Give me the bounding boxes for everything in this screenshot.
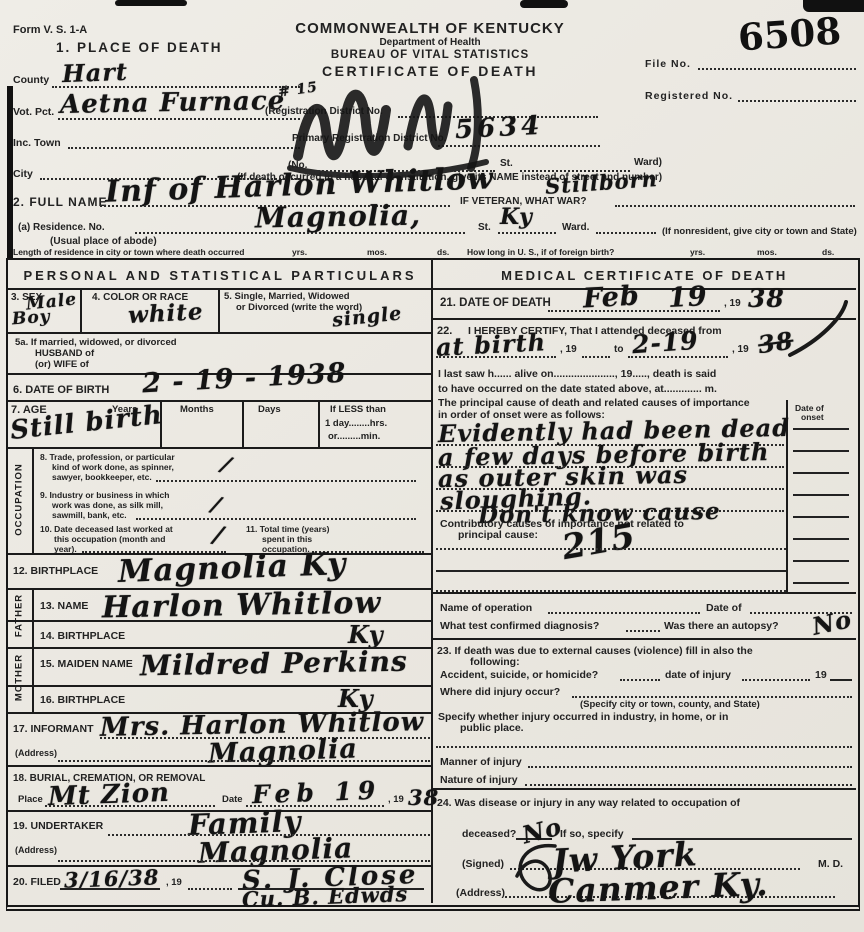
filed-year-line [188, 888, 232, 890]
father-birthplace-label: 14. BIRTHPLACE [40, 630, 125, 642]
father-name-label: 13. NAME [40, 600, 88, 612]
burial-year-pre: , 19 [388, 794, 404, 805]
date-of-death-year-pre: , 19 [724, 298, 741, 309]
occupation-related-label: 24. Was disease or injury in any way rel… [437, 797, 740, 809]
specify-injury-line [436, 746, 852, 748]
filed-label: 20. FILED [13, 876, 61, 888]
length-yrs: yrs. [292, 247, 307, 257]
certify-19a-line [582, 356, 610, 358]
onset-line [793, 494, 849, 496]
wife-of-label: (or) WIFE of [35, 359, 89, 370]
side-column-divider [32, 647, 34, 712]
last-saw-label: I last saw h...... alive on.............… [438, 368, 716, 380]
undertaker-address-label: (Address) [15, 845, 57, 855]
color-race-entry: white [127, 298, 204, 329]
length-ds: ds. [437, 247, 449, 257]
principal-cause-label-1: The principal cause of death and related… [438, 397, 750, 409]
certify-to-entry: 2-19 [631, 326, 699, 360]
informant-label: 17. INFORMANT [13, 723, 94, 735]
registered-no-label: Registered No. [645, 90, 733, 102]
residence-ward-line [596, 232, 656, 234]
place-of-death-title: 1. PLACE OF DEATH [56, 40, 223, 55]
last-worked-label-1: 10. Date deceased last worked at [40, 524, 173, 534]
vot-pct-entry: Aetna Furnace [60, 86, 286, 120]
specify-city-note: (Specify city or town, county, and State… [580, 699, 760, 710]
registered-no-line [738, 100, 856, 102]
trade-label-1: 8. Trade, profession, or particular [40, 452, 175, 462]
scan-artifact [115, 0, 187, 6]
onset-label-2: onset [801, 412, 824, 422]
industry-label-2: work was done, as silk mill, [52, 500, 163, 510]
trade-label-3: sawyer, bookkeeper, etc. [52, 472, 152, 482]
certify-19b: , 19 [732, 344, 749, 355]
inc-town-label: Inc. Town [13, 137, 61, 149]
certificate-number: 6508 [737, 8, 843, 59]
vot-pct-line [58, 118, 300, 120]
md-label: M. D. [818, 858, 843, 870]
date-of-death-label: 21. DATE OF DEATH [440, 297, 551, 309]
industry-label-3: sawmill, bank, etc. [52, 510, 127, 520]
sex-entry-2: Boy [11, 307, 51, 330]
injury-19-label: 19 [815, 669, 827, 681]
total-time-label-2: spent in this [262, 534, 312, 544]
certify-19a: , 19 [560, 344, 577, 355]
industry-line [136, 518, 416, 520]
st-label: St. [500, 158, 513, 169]
pen-flourish [780, 300, 850, 360]
marital-label-1: 5. Single, Married, Widowed [224, 291, 350, 302]
test-line [626, 630, 660, 632]
rule [8, 447, 432, 449]
signature-flourish [505, 838, 565, 908]
personal-section-title: PERSONAL AND STATISTICAL PARTICULARS [8, 268, 432, 283]
physician-address-entry: Canmer Ky. [547, 864, 769, 911]
cell-divider [242, 400, 244, 447]
physician-address-label: (Address) [456, 887, 505, 899]
residence-label: (a) Residence. No. [18, 222, 105, 233]
mother-birthplace-label: 16. BIRTHPLACE [40, 694, 125, 706]
contributory-line [436, 570, 786, 572]
county-label: County [13, 74, 49, 86]
rule [8, 765, 432, 767]
external-causes-label-2: following: [470, 656, 520, 668]
accident-label: Accident, suicide, or homicide? [440, 669, 598, 681]
nature-injury-line [525, 784, 852, 786]
onset-line [793, 560, 849, 562]
test-label: What test confirmed diagnosis? [440, 620, 599, 632]
certify-to-line [628, 356, 728, 358]
onset-line [793, 582, 849, 584]
length-label: Length of residence in city or town wher… [13, 247, 244, 257]
age-less-label-1: If LESS than [330, 404, 386, 415]
date-of-birth-label: 6. DATE OF BIRTH [13, 384, 109, 396]
married-widowed-label: 5a. If married, widowed, or divorced [15, 337, 177, 348]
age-less-label-3: or.........min. [328, 431, 380, 442]
howlong-label: How long in U. S., if of foreign birth? [467, 247, 614, 257]
operation-label: Name of operation [440, 602, 532, 614]
autopsy-label: Was there an autopsy? [664, 620, 779, 632]
death-certificate-scan: Form V. S. 1-A 1. PLACE OF DEATH COMMONW… [0, 0, 864, 932]
date-of-death-day: 19 [667, 281, 708, 314]
accident-line [620, 679, 660, 681]
rule [433, 788, 856, 790]
residence-ward-label: Ward. [562, 222, 589, 233]
veteran-line [615, 205, 855, 207]
operation-line [548, 612, 700, 614]
header-department: Department of Health [250, 37, 610, 48]
scan-artifact [520, 0, 568, 8]
specify-injury-label-2: public place. [460, 722, 524, 734]
rule [433, 592, 856, 594]
file-no-label: File No. [645, 58, 691, 70]
age-less-label-2: 1 day........hrs. [325, 418, 387, 429]
industry-label-1: 9. Industry or business in which [40, 490, 169, 500]
husband-of-label: HUSBAND of [35, 348, 94, 359]
undertaker-label: 19. UNDERTAKER [13, 820, 103, 832]
header-commonwealth: COMMONWEALTH OF KENTUCKY [250, 20, 610, 37]
filed-date-line [60, 888, 160, 890]
onset-line [793, 538, 849, 540]
mother-name-label: 15. MAIDEN NAME [40, 658, 133, 670]
injury-date-label: date of injury [665, 669, 731, 681]
mother-name-entry: Mildred Perkins [140, 645, 408, 683]
nature-injury-label: Nature of injury [440, 774, 518, 786]
total-time-label-1: 11. Total time (years) [246, 524, 329, 534]
onset-line [793, 428, 849, 430]
cell-divider [218, 288, 220, 332]
contributory-label-2: principal cause: [458, 529, 538, 541]
rule [433, 638, 856, 640]
rule [8, 332, 432, 334]
residence-st-line [498, 232, 556, 234]
certify-to-label: to [614, 344, 623, 355]
mother-side-label: MOTHER [14, 638, 25, 718]
manner-injury-line [528, 766, 852, 768]
onset-line [793, 516, 849, 518]
last-worked-label-2: this occupation (month and [54, 534, 165, 544]
contributory-line [436, 548, 786, 550]
filed-year-pre: , 19 [166, 877, 182, 888]
residence-st-label: St. [478, 222, 491, 233]
form-number-label: Form V. S. 1-A [13, 24, 87, 36]
manner-injury-label: Manner of injury [440, 756, 522, 768]
age-days-label: Days [258, 404, 281, 415]
occurred-label: to have occurred on the date stated abov… [438, 383, 717, 395]
where-injury-label: Where did injury occur? [440, 686, 560, 698]
howlong-yrs: yrs. [690, 247, 705, 257]
header-bureau: BUREAU OF VITAL STATISTICS [250, 49, 610, 61]
cell-divider [318, 400, 320, 447]
birthplace-label: 12. BIRTHPLACE [13, 565, 98, 577]
burial-place-line [45, 805, 215, 807]
onset-line [793, 472, 849, 474]
injury-date-line [742, 679, 810, 681]
howlong-ds: ds. [822, 247, 834, 257]
date-of-death-month: Feb [582, 281, 640, 315]
burial-place-label: Place [18, 794, 43, 805]
residence-st-entry: Ky [500, 204, 533, 230]
trade-label-2: kind of work done, as spinner, [52, 462, 174, 472]
nonresident-note: (If nonresident, give city or town and S… [662, 226, 857, 237]
cell-divider [80, 288, 82, 332]
burial-date-label: Date [222, 794, 243, 805]
rule [8, 400, 432, 402]
informant-address-label: (Address) [15, 748, 57, 758]
injury-19-line [830, 679, 852, 681]
side-column-divider [32, 447, 34, 553]
residence-entry: Magnolia, [255, 199, 421, 235]
certify-from-line [436, 356, 556, 358]
operation-date-label: Date of [706, 602, 742, 614]
howlong-mos: mos. [757, 247, 777, 257]
file-no-line [698, 68, 856, 70]
medical-section-title: MEDICAL CERTIFICATE OF DEATH [433, 268, 856, 283]
rule [433, 288, 856, 290]
occupation-side-label: OCCUPATION [14, 445, 25, 555]
where-injury-line [572, 696, 852, 698]
trade-line [156, 480, 416, 482]
side-column-divider [32, 588, 34, 647]
inc-town-line [68, 147, 300, 149]
county-entry: Hart [62, 57, 129, 88]
informant-address-line [58, 760, 430, 762]
onset-line [793, 450, 849, 452]
abode-note: (Usual place of abode) [50, 236, 157, 247]
city-label: City [13, 168, 33, 180]
age-months-label: Months [180, 404, 214, 415]
vot-pct-label: Vot. Pct. [13, 106, 54, 118]
full-name-label: 2. FULL NAME [13, 195, 107, 209]
signed-label: (Signed) [462, 858, 504, 870]
length-mos: mos. [367, 247, 387, 257]
